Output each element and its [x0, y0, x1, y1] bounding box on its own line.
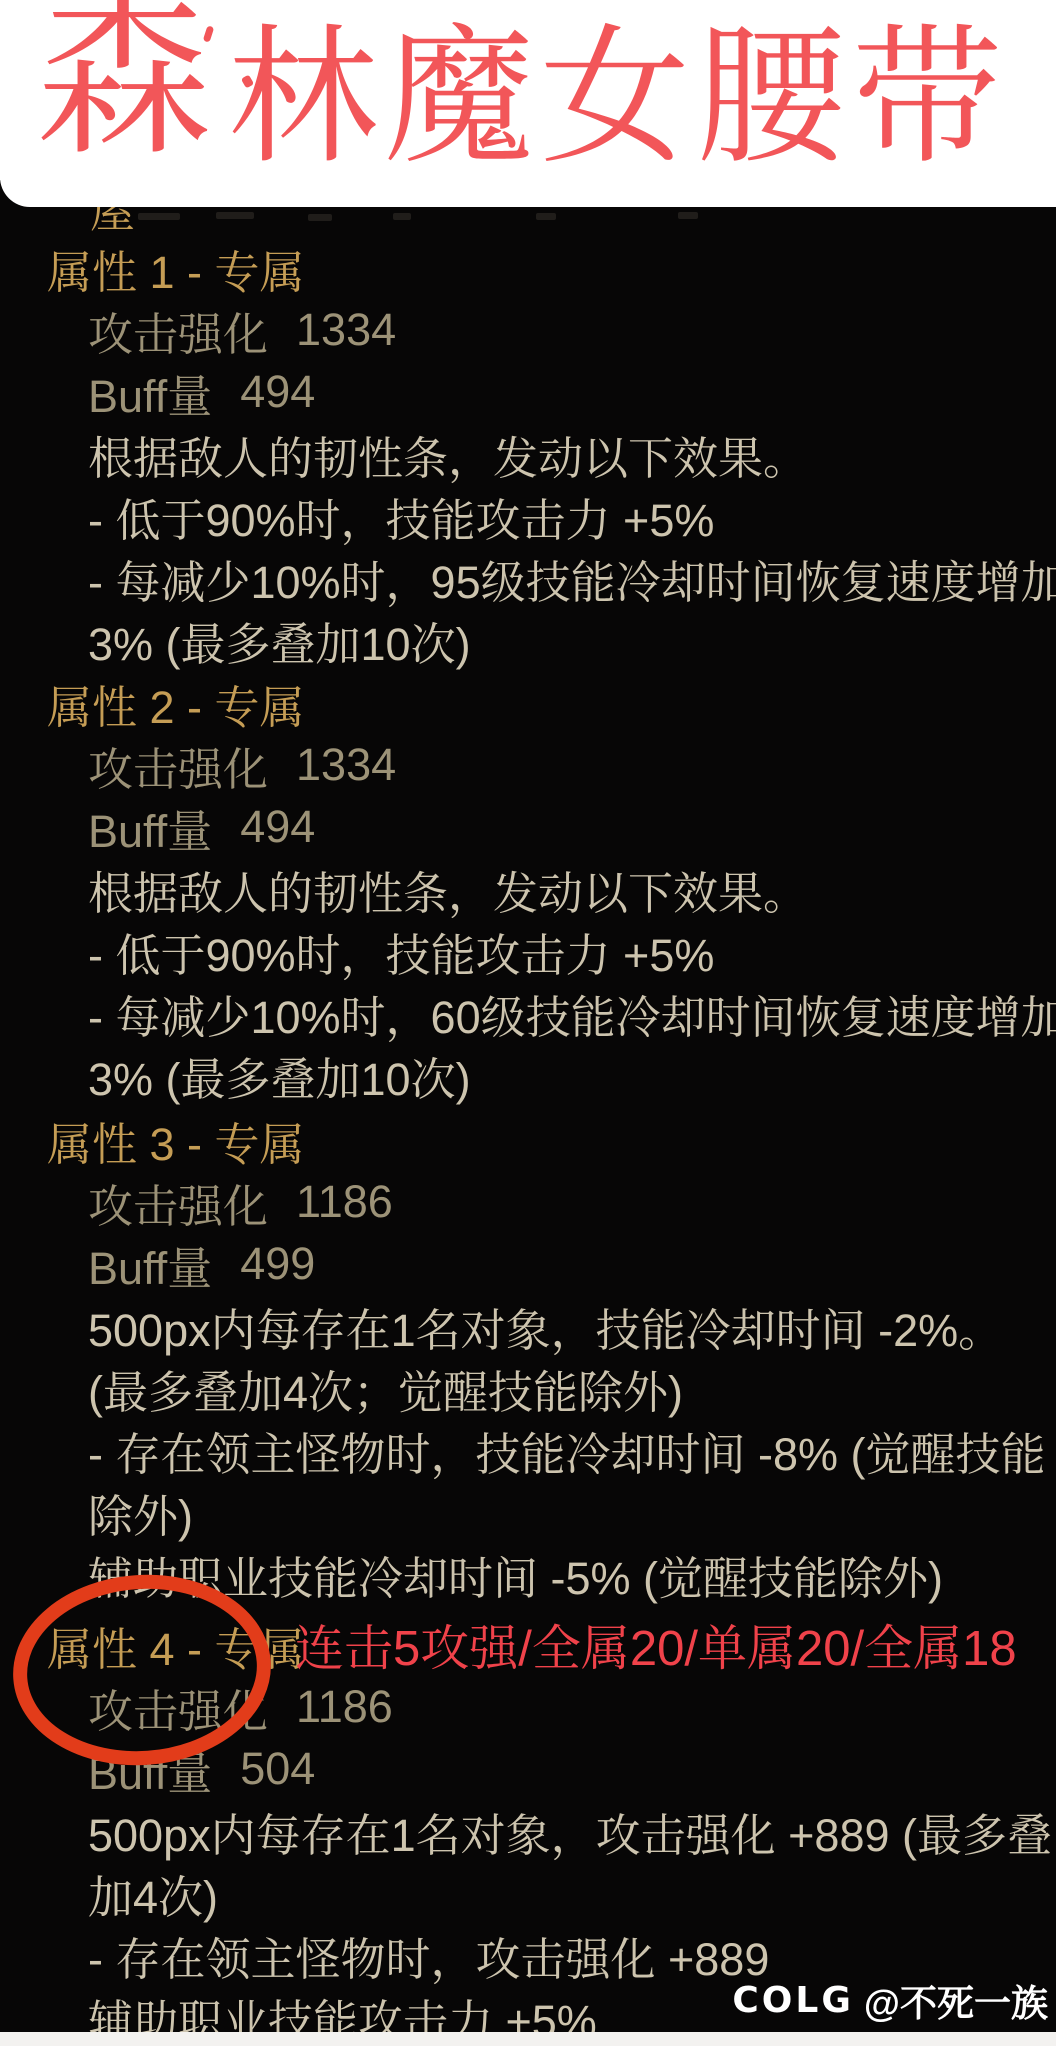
stat-value: 494: [240, 801, 315, 853]
stitch-artifact-dash: [393, 213, 411, 220]
item-title: 林魔女腰带: [228, 22, 1008, 172]
stitch-artifact-dash: [536, 213, 556, 220]
stat-value: 1334: [296, 304, 396, 356]
stat-label: Buff量: [88, 796, 212, 858]
stat-label: 攻击强化: [88, 1171, 268, 1233]
desc-line: 根据敌人的韧性条，发动以下效果。: [0, 858, 1056, 920]
stat-row: 攻击强化 1334: [0, 734, 1056, 796]
handwritten-note: 连击5攻强/全属20/单属20/全属18: [295, 1614, 1017, 1676]
attribute-section-1: 屋 属性 1 - 专属 攻击强化 1334 Buff量 494 根据敌人的韧性条…: [0, 237, 1056, 671]
section-header: 属性 1 - 专属: [0, 237, 1056, 299]
stat-row: 攻击强化 1186: [0, 1171, 1056, 1233]
colg-watermark: COLG @不死一族: [732, 1972, 1048, 2028]
stat-value: 1334: [296, 739, 396, 791]
stat-row: Buff量 499: [0, 1233, 1056, 1295]
attribute-section-3: 属性 3 - 专属 攻击强化 1186 Buff量 499 500px内每存在1…: [0, 1109, 1056, 1605]
desc-line: 500px内每存在1名对象，攻击强化 +889 (最多叠: [0, 1800, 1056, 1862]
stitch-artifact-dash: [308, 214, 332, 221]
section-header: 属性 2 - 专属: [0, 672, 1056, 734]
stat-row: 攻击强化 1334: [0, 299, 1056, 361]
stat-value: 1186: [296, 1176, 393, 1228]
screenshot-page: 森 林魔女腰带 屋 属性 1 - 专属 攻击强化 1334 Buff量 494 …: [0, 0, 1056, 2046]
stat-label: Buff量: [88, 1233, 212, 1295]
section-header: 属性 3 - 专属: [0, 1109, 1056, 1171]
desc-line: - 每减少10%时，95级技能冷却时间恢复速度增加: [0, 547, 1056, 609]
desc-line: - 低于90%时，技能攻击力 +5%: [0, 920, 1056, 982]
stat-label: Buff量: [88, 361, 212, 423]
stat-value: 494: [240, 366, 315, 418]
red-circle-annotation: [6, 1570, 282, 1770]
desc-line: 加4次): [0, 1862, 1056, 1924]
desc-line: - 存在领主怪物时，技能冷却时间 -8% (觉醒技能: [0, 1419, 1056, 1481]
desc-line: 根据敌人的韧性条，发动以下效果。: [0, 423, 1056, 485]
title-panel: 森 林魔女腰带: [0, 0, 1056, 207]
bottom-strip: [0, 2032, 1056, 2046]
stat-label: 攻击强化: [88, 299, 268, 361]
attribute-section-2: 属性 2 - 专属 攻击强化 1334 Buff量 494 根据敌人的韧性条，发…: [0, 672, 1056, 1106]
watermark-author: @不死一族: [864, 1973, 1048, 2027]
desc-line: 除外): [0, 1481, 1056, 1543]
stitch-artifact-dash: [138, 213, 180, 220]
desc-line: 3% (最多叠加10次): [0, 609, 1056, 671]
desc-line: (最多叠加4次；觉醒技能除外): [0, 1357, 1056, 1419]
desc-line: 3% (最多叠加10次): [0, 1044, 1056, 1106]
stat-row: Buff量 494: [0, 361, 1056, 423]
stat-value: 1186: [296, 1681, 393, 1733]
stitch-artifact-dash: [216, 212, 254, 219]
desc-line: - 每减少10%时，60级技能冷却时间恢复速度增加: [0, 982, 1056, 1044]
colg-logo: COLG: [732, 1980, 854, 2021]
desc-line: - 低于90%时，技能攻击力 +5%: [0, 485, 1056, 547]
stat-value: 499: [240, 1238, 315, 1290]
desc-line: 500px内每存在1名对象，技能冷却时间 -2%。: [0, 1295, 1056, 1357]
stitch-artifact-dash: [678, 212, 698, 219]
stat-label: 攻击强化: [88, 734, 268, 796]
item-title-first-char: 森: [36, 0, 212, 166]
stat-row: Buff量 494: [0, 796, 1056, 858]
